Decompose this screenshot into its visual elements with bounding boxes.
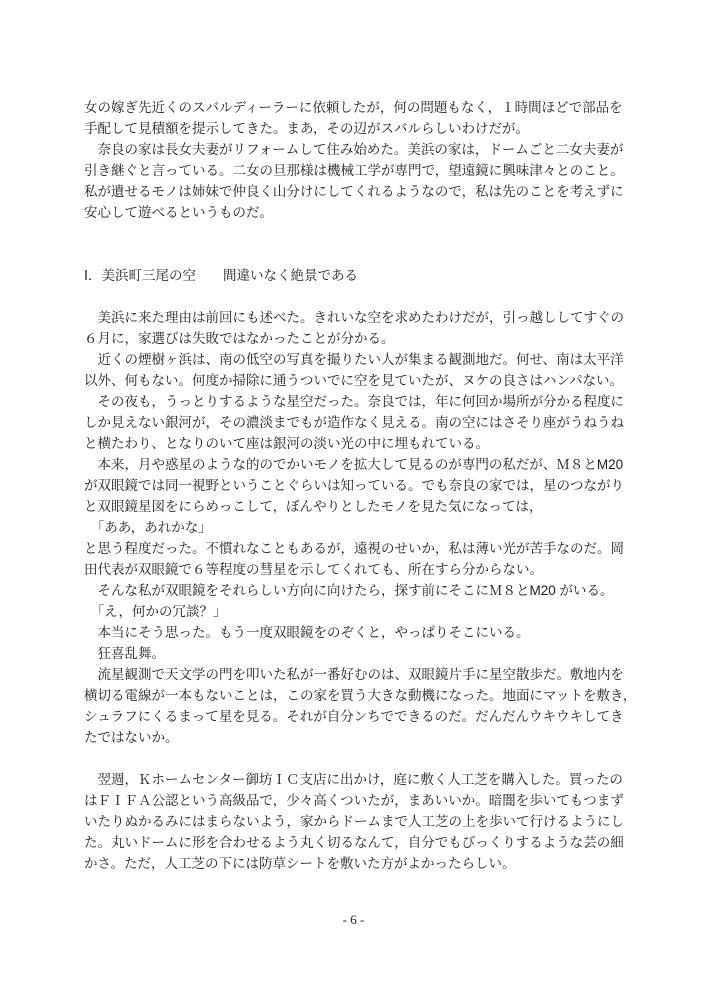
text-line: 本来，月や惑星のような的のでかいモノを拡大して見るのが専門の私だが、Ｍ８とM20 (84, 454, 644, 475)
text-line: 以外、何もない。何度か掃除に通うついでに空を見ていたが、ヌケの良さはハンパない。 (84, 370, 644, 391)
text-line: 本当にそう思った。もう一度双眼鏡をのぞくと，やっぱりそこにいる。 (84, 622, 644, 643)
text-line: 「え，何かの冗談？」 (84, 601, 644, 622)
paragraph: と思う程度だった。不慣れなこともあるが，遠視のせいか，私は薄い光が苦手なのだ。岡… (84, 538, 644, 580)
paragraph: 美浜に来た理由は前回にも述べた。きれいな空を求めたわけだが，引っ越ししてすぐの … (84, 307, 644, 349)
paragraph: 近くの煙樹ヶ浜は、南の低空の写真を撮りたい人が集まる観測地だ。何せ、南は太平洋 … (84, 349, 644, 391)
document-page: 女の嫁ぎ先近くのスバルディーラーに依頼したが，何の問題もなく，１時間ほどで部品を… (0, 0, 707, 1000)
paragraph: 本来，月や惑星のような的のでかいモノを拡大して見るのが専門の私だが、Ｍ８とM20… (84, 454, 644, 517)
paragraph: その夜も，うっとりするような星空だった。奈良では，年に何回か場所が分かる程度に … (84, 391, 644, 454)
text-line: はＦＩＦＡ公認という高級品で，少々高くついたが，まあいいか。暗闇を歩いてもつまず (84, 790, 644, 811)
text-line: たではないか。 (84, 727, 644, 748)
text-line: 奈良の家は長女夫妻がリフォームして住み始めた。美浜の家は，ドームごと二女夫妻が (84, 139, 644, 160)
text-line: その夜も，うっとりするような星空だった。奈良では，年に何回か場所が分かる程度に (84, 391, 644, 412)
paragraph-dialogue: 「え，何かの冗談？」 (84, 601, 644, 622)
text-line: 横切る電線が一本もないことは，この家を買う大きな動機になった。地面にマットを敷き… (84, 685, 644, 706)
page-body-text: 女の嫁ぎ先近くのスバルディーラーに依頼したが，何の問題もなく，１時間ほどで部品を… (84, 97, 644, 874)
text-line: た。丸いドームに形を合わせるよう丸く切るなんて，自分でもびっくりするような芸の細 (84, 832, 644, 853)
paragraph: そんな私が双眼鏡をそれらしい方向に向けたら，探す前にそこにＭ８とM20 がいる。 (84, 580, 644, 601)
text-line: ６月に，家選びは失敗ではなかったことが分かる。 (84, 328, 644, 349)
section-heading: Ⅰ．美浜町三尾の空 間違いなく絶景である (84, 265, 644, 286)
paragraph: 翌週，Ｋホームセンター御坊ＩＣ支店に出かけ，庭に敷く人工芝を購入した。買ったの … (84, 769, 644, 874)
text-line: が双眼鏡では同一視野ということぐらいは知っている。でも奈良の家では，星のつながり (84, 475, 644, 496)
text-line: そんな私が双眼鏡をそれらしい方向に向けたら，探す前にそこにＭ８とM20 がいる。 (84, 580, 644, 601)
text-line: 狂喜乱舞。 (84, 643, 644, 664)
text-line: 美浜に来た理由は前回にも述べた。きれいな空を求めたわけだが，引っ越ししてすぐの (84, 307, 644, 328)
paragraph: 本当にそう思った。もう一度双眼鏡をのぞくと，やっぱりそこにいる。 (84, 622, 644, 643)
paragraph: 女の嫁ぎ先近くのスバルディーラーに依頼したが，何の問題もなく，１時間ほどで部品を… (84, 97, 644, 139)
text-line: 手配して見積額を提示してきた。まあ，その辺がスバルらしいわけだが。 (84, 118, 644, 139)
text-line: シュラフにくるまって星を見る。それが自分ンちでできるのだ。だんだんウキウキしてき (84, 706, 644, 727)
text-line: 女の嫁ぎ先近くのスバルディーラーに依頼したが，何の問題もなく，１時間ほどで部品を (84, 97, 644, 118)
paragraph: 流星観測で天文学の門を叩いた私が一番好むのは、双眼鏡片手に星空散歩だ。敷地内を … (84, 664, 644, 748)
text-line: 安心して遊べるというものだ。 (84, 202, 644, 223)
paragraph: 狂喜乱舞。 (84, 643, 644, 664)
text-line: と思う程度だった。不慣れなこともあるが，遠視のせいか，私は薄い光が苦手なのだ。岡 (84, 538, 644, 559)
page-number: - 6 - (0, 912, 707, 928)
paragraph: 奈良の家は長女夫妻がリフォームして住み始めた。美浜の家は，ドームごと二女夫妻が … (84, 139, 644, 223)
text-line: 流星観測で天文学の門を叩いた私が一番好むのは、双眼鏡片手に星空散歩だ。敷地内を (84, 664, 644, 685)
text-line: 近くの煙樹ヶ浜は、南の低空の写真を撮りたい人が集まる観測地だ。何せ、南は太平洋 (84, 349, 644, 370)
text-line: と双眼鏡星図をにらめっこして，ぼんやりとしたモノを見た気になっては， (84, 496, 644, 517)
text-line: 引き継ぐと言っている。二女の旦那様は機械工学が専門で，望遠鏡に興味津々とのこと。 (84, 160, 644, 181)
text-line: かさ。ただ，人工芝の下には防草シートを敷いた方がよかったらしい。 (84, 853, 644, 874)
text-line: 翌週，Ｋホームセンター御坊ＩＣ支店に出かけ，庭に敷く人工芝を購入した。買ったの (84, 769, 644, 790)
text-line: しか見えない銀河が，その濃淡までもが造作なく見える。南の空にはさそり座がうねうね (84, 412, 644, 433)
text-line: と横たわり、となりのいて座は銀河の淡い光の中に埋もれている。 (84, 433, 644, 454)
text-line: 「ああ，あれかな」 (84, 517, 644, 538)
text-line: 私が遺せるモノは姉妹で仲良く山分けにしてくれるようなので，私は先のことを考えずに (84, 181, 644, 202)
paragraph-dialogue: 「ああ，あれかな」 (84, 517, 644, 538)
text-line: いたりぬかるみにはまらないよう，家からドームまで人工芝の上を歩いて行けるようにし (84, 811, 644, 832)
text-line: 田代表が双眼鏡で６等程度の彗星を示してくれても、所在すら分からない。 (84, 559, 644, 580)
